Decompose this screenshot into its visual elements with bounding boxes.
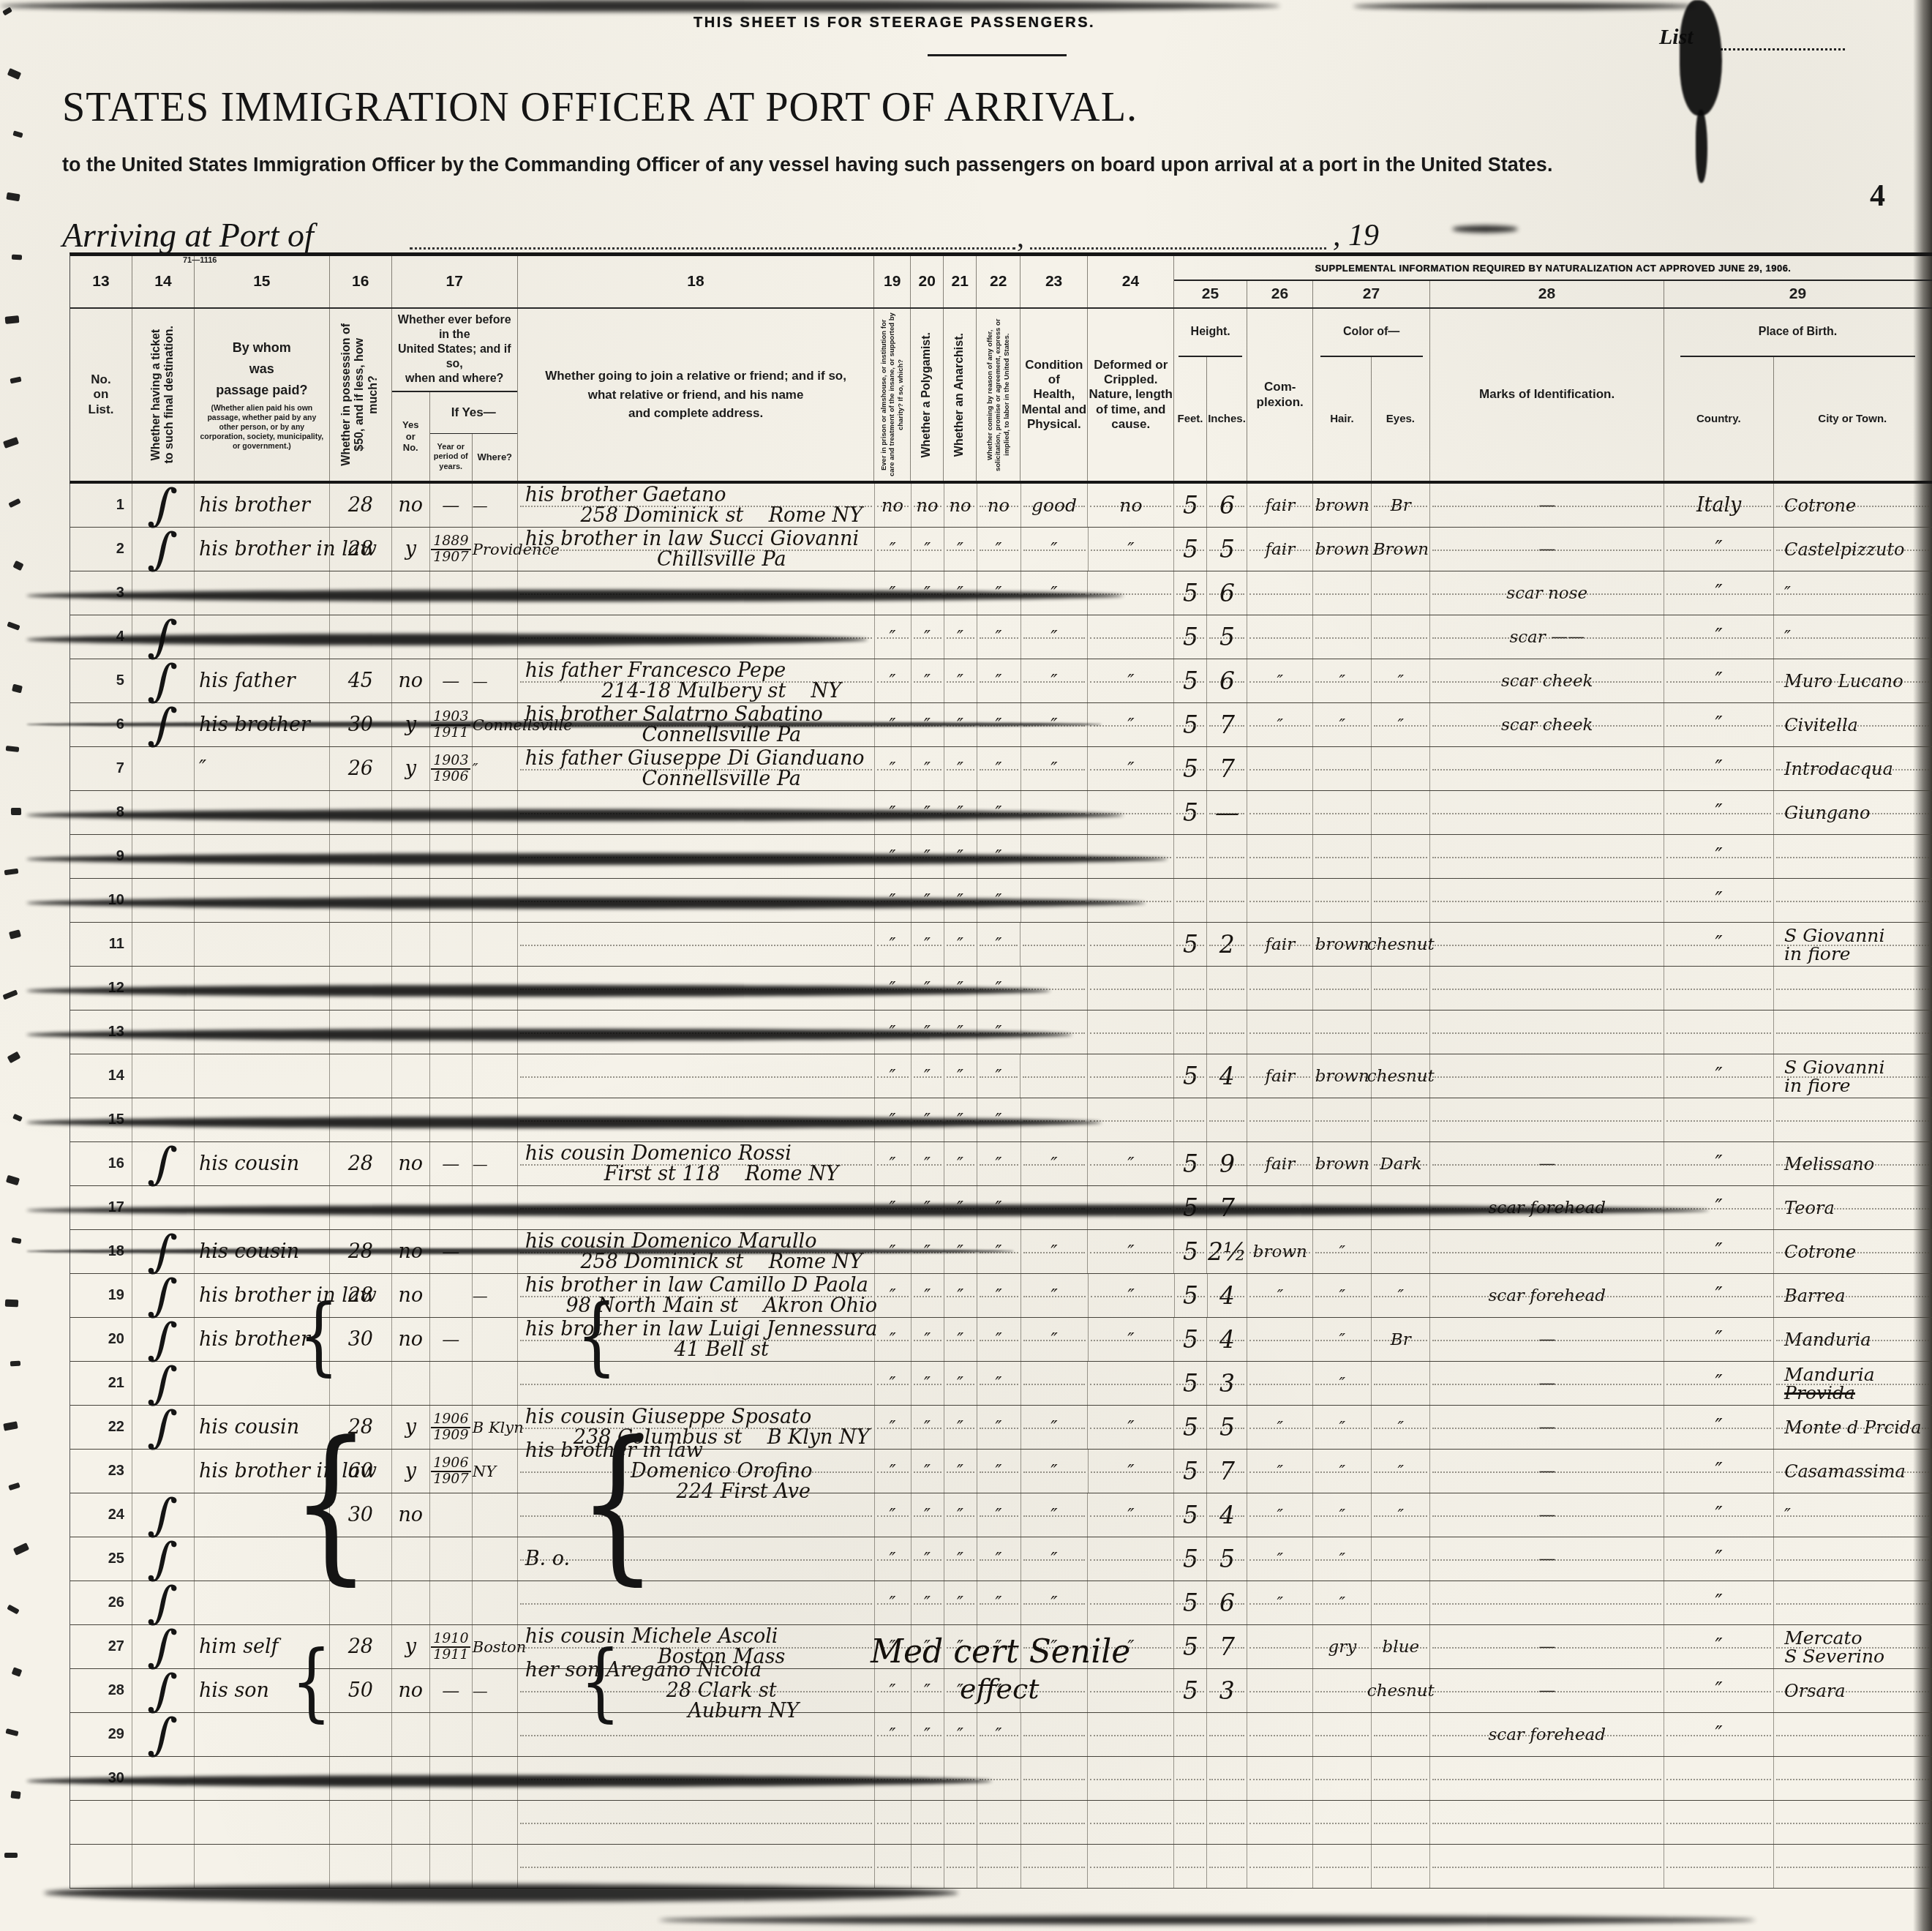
ink-strike xyxy=(26,1248,1014,1254)
cell-hr: gry xyxy=(1313,1625,1372,1668)
ink-strike xyxy=(26,634,868,645)
binding-mark xyxy=(12,684,23,694)
cell-co: ″ xyxy=(1664,1581,1774,1624)
label-prison: Ever in prison or almshouse, or institut… xyxy=(880,312,905,477)
cell-d0: ″ xyxy=(875,659,912,702)
manifest-row: 29∫″″″″scar forehead″ xyxy=(70,1713,1932,1757)
cell-ft: 5 xyxy=(1174,791,1207,834)
cell-cx: ″ xyxy=(1247,1406,1313,1449)
binding-mark xyxy=(3,1421,18,1431)
manifest-row: 3″″″″″56scar nose″″ xyxy=(70,571,1932,615)
cell-mk xyxy=(1430,1098,1664,1141)
binding-mark xyxy=(6,192,20,202)
manifest-row: 18∫his cousin28no—his cousin Domenico Ma… xyxy=(70,1230,1932,1274)
banner-rule xyxy=(928,54,1067,56)
binding-mark xyxy=(10,1361,20,1367)
cell-ey xyxy=(1372,1713,1430,1756)
manifest-row: 20∫his brother30no—his brother in law Lu… xyxy=(70,1318,1932,1362)
cell-d4 xyxy=(1020,1054,1088,1098)
label-passage-paid: By whom was passage paid? xyxy=(216,337,307,400)
date-blank-line xyxy=(1030,220,1326,250)
relative-address-line: his brother in law Luigi Jennessura xyxy=(518,1319,878,1340)
col-num-23: 23 xyxy=(1020,256,1088,307)
binding-mark xyxy=(5,1728,18,1736)
manifest-sheet: THIS SHEET IS FOR STEERAGE PASSENGERS. L… xyxy=(0,0,1932,1931)
manifest-row: 16∫his cousin28no——his cousin Domenico R… xyxy=(70,1142,1932,1186)
cell-co: ″ xyxy=(1664,1230,1774,1273)
cell-ci xyxy=(1774,835,1932,878)
cell-ya: no xyxy=(392,1142,430,1185)
cell-no: 22 xyxy=(70,1406,132,1449)
col-num-24: 24 xyxy=(1088,256,1174,307)
cell-ft: 5 xyxy=(1174,659,1207,702)
cell-ya: no xyxy=(392,1493,430,1537)
cell-no: 7 xyxy=(70,747,132,790)
cell-d3: ″ xyxy=(977,1054,1021,1098)
binding-mark xyxy=(8,498,20,508)
cell-yb xyxy=(430,1713,473,1756)
cell-ft: 5 xyxy=(1174,1362,1207,1405)
cell-d5 xyxy=(1088,1054,1174,1098)
cell-ey xyxy=(1372,1362,1430,1405)
label-anarchist: Whether an Anarchist. xyxy=(953,333,966,457)
cell-yb: — xyxy=(430,1142,473,1185)
cell-ci xyxy=(1774,967,1932,1010)
cell-d0: ″ xyxy=(875,1450,912,1493)
cell-ya: y xyxy=(392,1406,430,1449)
cell-d2: ″ xyxy=(944,747,977,790)
label-ticket: Whether having a ticket to such final de… xyxy=(150,326,177,463)
col-num-17: 17 xyxy=(392,256,518,307)
cell-in: 4 xyxy=(1207,1318,1247,1361)
relative-address-line: his cousin Michele Ascoli xyxy=(518,1627,778,1647)
cell-co xyxy=(1664,967,1774,1010)
cell-d2: ″ xyxy=(944,1406,977,1449)
cell-yb xyxy=(430,1362,473,1405)
cell-d2: ″ xyxy=(944,1581,977,1624)
cell-d5: ″ xyxy=(1088,703,1174,746)
cell-mk: — xyxy=(1430,1625,1664,1668)
cell-ey xyxy=(1372,1845,1430,1888)
col-num-16: 16 xyxy=(330,256,392,307)
cell-d2: ″ xyxy=(944,528,977,571)
pen-flourish: ∫ xyxy=(151,1689,176,1693)
cell-d5: ″ xyxy=(1088,1493,1174,1537)
cell-cx xyxy=(1247,1011,1313,1054)
manifest-row: 13″″″″ xyxy=(70,1011,1932,1054)
cell-in: 5 xyxy=(1207,615,1247,659)
cell-d5 xyxy=(1088,1362,1174,1405)
cell-no: 11 xyxy=(70,923,132,966)
cell-d0 xyxy=(875,1801,912,1844)
cell-c16: 28 xyxy=(330,1142,392,1185)
cell-ft: 5 xyxy=(1174,484,1207,527)
cell-d2: ″ xyxy=(944,1142,977,1185)
port-blank-line xyxy=(410,220,1015,250)
cell-mk: — xyxy=(1430,1450,1664,1493)
col-num-14: 14 xyxy=(132,256,195,307)
cell-ya xyxy=(392,1581,430,1624)
cell-ey xyxy=(1372,1230,1430,1273)
cell-d0: ″ xyxy=(875,528,912,571)
cell-mk xyxy=(1430,1581,1664,1624)
col-num-29: 29 xyxy=(1664,281,1932,307)
label-country: Country. xyxy=(1664,357,1774,481)
cell-yc: — xyxy=(473,1274,518,1317)
cell-no: 14 xyxy=(70,1054,132,1098)
cell-in xyxy=(1207,1845,1247,1888)
cell-ey: ″ xyxy=(1372,659,1430,702)
binding-mark xyxy=(12,560,23,571)
label-if-yes: If Yes— xyxy=(430,392,517,434)
binding-mark xyxy=(3,437,19,449)
cell-ci: Muro Lucano xyxy=(1774,659,1932,702)
label-feet: Feet. xyxy=(1174,357,1207,481)
if-yes-subrow: Year or period of years. Where? xyxy=(430,434,517,481)
cell-in xyxy=(1207,1801,1247,1844)
cell-yc xyxy=(473,1537,518,1581)
cell-yb xyxy=(430,923,473,966)
cell-hr xyxy=(1313,1011,1372,1054)
cell-hr xyxy=(1313,571,1372,615)
cell-ey: blue xyxy=(1372,1625,1430,1668)
cell-c14: ∫ xyxy=(132,528,195,571)
cell-ci: S Giovanniin fiore xyxy=(1774,923,1932,966)
label-passage-paid-fine: (Whether alien paid his own passage, whe… xyxy=(195,401,329,452)
cell-ci: MercatoS Severino xyxy=(1774,1625,1932,1668)
cell-cx xyxy=(1247,571,1313,615)
cell-in xyxy=(1207,835,1247,878)
cell-d3: ″ xyxy=(977,1142,1021,1185)
cell-d4: ″ xyxy=(1021,1581,1089,1624)
cell-d2 xyxy=(944,1801,977,1844)
header-health: Condition of Health, Mental and Physical… xyxy=(1020,309,1088,481)
cell-no xyxy=(70,1845,132,1888)
cell-d2: no xyxy=(944,484,977,527)
cell-cx: ″ xyxy=(1247,703,1313,746)
cell-hr xyxy=(1313,1801,1372,1844)
cell-ci xyxy=(1774,1757,1932,1800)
header-height: Height. Feet. Inches. xyxy=(1174,309,1247,481)
cell-rel xyxy=(518,1362,875,1405)
cell-d4: good xyxy=(1021,484,1089,527)
cell-co xyxy=(1664,1011,1774,1054)
manifest-row: 19∫his brother in law28no—his brother in… xyxy=(70,1274,1932,1318)
cell-d3: ″ xyxy=(977,1713,1021,1756)
cell-d1 xyxy=(912,1845,944,1888)
cell-d5: ″ xyxy=(1089,1318,1175,1361)
cell-yc: B Klyn xyxy=(473,1406,518,1449)
cell-cx xyxy=(1247,1713,1313,1756)
binding-mark xyxy=(12,255,22,260)
cell-hr xyxy=(1313,1098,1372,1141)
cell-mk xyxy=(1430,967,1664,1010)
cell-yb: — xyxy=(430,1669,473,1712)
cell-co: ″ xyxy=(1664,1625,1774,1668)
cell-d3: ″ xyxy=(977,923,1021,966)
cell-d1 xyxy=(912,1801,944,1844)
pen-flourish: ∫ xyxy=(151,1645,176,1649)
col-num-21: 21 xyxy=(944,256,977,307)
year-label: , 19 xyxy=(1333,218,1379,253)
cell-d0: ″ xyxy=(875,1493,912,1537)
cell-cx xyxy=(1247,1098,1313,1141)
cell-in: 5 xyxy=(1207,1406,1247,1449)
cell-ya: y xyxy=(392,528,430,571)
cell-d2: ″ xyxy=(944,1450,977,1493)
cell-d5: ″ xyxy=(1088,1406,1174,1449)
cell-d4 xyxy=(1020,923,1088,966)
ink-smear xyxy=(0,0,1280,12)
header-labor-contract: Whether coming by reason of any offer, s… xyxy=(977,309,1020,481)
cell-co: ″ xyxy=(1664,791,1774,834)
cell-no: 5 xyxy=(70,659,132,702)
binding-mark xyxy=(12,1667,23,1677)
manifest-row: 9″″″″″ xyxy=(70,835,1932,879)
cell-c16 xyxy=(330,1845,392,1888)
cell-d4 xyxy=(1021,1801,1089,1844)
ink-strike xyxy=(26,1029,1072,1041)
col-num-18: 18 xyxy=(518,256,875,307)
cell-ft xyxy=(1174,1801,1207,1844)
label-health: Condition of Health, Mental and Physical… xyxy=(1021,358,1086,432)
cell-rel xyxy=(518,1845,875,1888)
supplemental-banner: SUPPLEMENTAL INFORMATION REQUIRED BY NAT… xyxy=(1174,256,1932,281)
cell-yb: 19101911 xyxy=(430,1625,473,1668)
cell-mk: scar cheek xyxy=(1430,659,1664,702)
cell-mk: — xyxy=(1430,1493,1664,1537)
cell-co xyxy=(1664,1098,1774,1141)
cell-in xyxy=(1207,1011,1247,1054)
cell-ey xyxy=(1372,1801,1430,1844)
cell-cx: ″ xyxy=(1247,1493,1313,1537)
cell-d4: ″ xyxy=(1021,1537,1089,1581)
cell-ey xyxy=(1372,571,1430,615)
label-place-of-birth: Place of Birth. xyxy=(1680,309,1915,357)
cell-d0: ″ xyxy=(875,923,912,966)
cell-yc: — xyxy=(473,1669,518,1712)
cell-ft: 5 xyxy=(1174,747,1207,790)
binding-mark xyxy=(5,1300,18,1308)
cell-ci: Casamassima xyxy=(1774,1450,1932,1493)
cell-yc: — xyxy=(473,659,518,702)
cell-d5 xyxy=(1088,1581,1174,1624)
relative-address-line: his father Francesco Pepe xyxy=(518,661,786,681)
binding-mark xyxy=(4,869,19,876)
label-where: Where? xyxy=(473,434,517,481)
cell-ey xyxy=(1372,1098,1430,1141)
cell-d5: ″ xyxy=(1089,528,1175,571)
label-ever-in-us: Whether ever before in the United States… xyxy=(392,309,517,391)
relative-address-line: his brother Gaetano xyxy=(518,485,726,506)
cell-co: ″ xyxy=(1664,1186,1774,1229)
cell-ey xyxy=(1372,791,1430,834)
header-ever-in-us: Whether ever before in the United States… xyxy=(392,309,518,481)
cell-d5 xyxy=(1088,1713,1174,1756)
cell-no: 23 xyxy=(70,1450,132,1493)
manifest-row xyxy=(70,1845,1932,1889)
cell-ey xyxy=(1372,879,1430,922)
cell-cx xyxy=(1247,1845,1313,1888)
cell-d3: ″ xyxy=(977,1581,1021,1624)
cell-c14: ∫ xyxy=(132,484,195,527)
header-deformed: Deformed or Crippled. Nature, length of … xyxy=(1088,309,1174,481)
ink-blot xyxy=(1696,110,1707,183)
cell-d1: ″ xyxy=(912,659,944,702)
cell-ey: chesnut xyxy=(1372,1054,1430,1098)
header-anarchist: Whether an Anarchist. xyxy=(944,309,977,481)
cell-cx xyxy=(1247,615,1313,659)
steerage-banner: THIS SHEET IS FOR STEERAGE PASSENGERS. xyxy=(694,15,1095,31)
column-label-row: No. on List. Whether having a ticket to … xyxy=(70,309,1932,481)
cell-in: 2 xyxy=(1207,923,1247,966)
header-join-relative: Whether going to join a relative or frie… xyxy=(518,309,875,481)
cell-mk xyxy=(1430,1801,1664,1844)
cell-cx xyxy=(1247,967,1313,1010)
cell-mk: scar nose xyxy=(1430,571,1664,615)
header-no-on-list: No. on List. xyxy=(70,309,132,481)
label-inches: Inches. xyxy=(1207,357,1247,481)
cell-d4: ″ xyxy=(1021,659,1089,702)
ink-brace: { xyxy=(291,1643,331,1722)
cell-ci: Monte d Prcida xyxy=(1774,1406,1932,1449)
cell-d3 xyxy=(977,1845,1021,1888)
cell-ci: Teora xyxy=(1774,1186,1932,1229)
cell-ci xyxy=(1774,1581,1932,1624)
supplemental-number-row: 25 26 27 28 29 xyxy=(1174,281,1932,307)
cell-d4: ″ xyxy=(1021,1142,1089,1185)
cell-co: ″ xyxy=(1664,1054,1774,1098)
label-polygamist: Whether a Polygamist. xyxy=(920,332,933,458)
cell-d5: ″ xyxy=(1088,659,1174,702)
manifest-row: 2∫his brother in law28y18891907Providenc… xyxy=(70,528,1932,571)
cell-ey xyxy=(1372,967,1430,1010)
cell-co: Italy xyxy=(1664,484,1774,527)
cell-mk xyxy=(1430,835,1664,878)
cell-ft: 5 xyxy=(1174,1625,1207,1668)
cell-hr: ″ xyxy=(1313,1274,1372,1317)
cell-co: ″ xyxy=(1664,1142,1774,1185)
cell-co: ″ xyxy=(1664,1406,1774,1449)
cell-hr: brown xyxy=(1313,484,1372,527)
cell-ft: 5 xyxy=(1174,1669,1207,1712)
cell-mk: scar cheek xyxy=(1430,703,1664,746)
cell-ya xyxy=(392,1801,430,1844)
cell-c14: ∫ xyxy=(132,1362,195,1405)
header-complexion: Com- plexion. xyxy=(1247,309,1313,481)
header-ticket: Whether having a ticket to such final de… xyxy=(132,309,195,481)
cell-ey xyxy=(1372,615,1430,659)
cell-cx: fair xyxy=(1247,1142,1313,1185)
cell-c14: ∫ xyxy=(132,1537,195,1581)
cell-ft: 5 xyxy=(1174,923,1207,966)
cell-hr: brown xyxy=(1313,1142,1372,1185)
cell-d3 xyxy=(977,1801,1021,1844)
cell-in: 7 xyxy=(1207,1625,1247,1668)
cell-in xyxy=(1207,879,1247,922)
cell-rel: B. o. xyxy=(518,1537,875,1581)
cell-hr xyxy=(1313,835,1372,878)
list-blank-line xyxy=(1721,48,1845,50)
cell-ci xyxy=(1774,1845,1932,1888)
label-height: Height. xyxy=(1179,309,1242,357)
cell-ft: 5 xyxy=(1174,571,1207,615)
manifest-row: 10″″″″″ xyxy=(70,879,1932,923)
cell-d0: ″ xyxy=(875,615,912,659)
cell-ft xyxy=(1174,1011,1207,1054)
cell-d1: ″ xyxy=(912,1142,944,1185)
cell-in xyxy=(1207,967,1247,1010)
cell-yc: NY xyxy=(473,1450,518,1493)
cell-cx: fair xyxy=(1247,528,1313,571)
cell-yb xyxy=(430,1054,473,1098)
page-subtitle: to the United States Immigration Officer… xyxy=(62,154,1796,176)
cell-d1: ″ xyxy=(912,1669,944,1712)
cell-ya: no xyxy=(392,484,430,527)
pen-flourish: ∫ xyxy=(151,1601,176,1605)
ink-smear xyxy=(1353,3,1697,10)
cell-cx xyxy=(1247,747,1313,790)
cell-d0: ″ xyxy=(875,1537,912,1581)
cell-c16: 28 xyxy=(330,1274,392,1317)
cell-c15: ″ xyxy=(195,747,330,790)
cell-d2: ″ xyxy=(944,1537,977,1581)
cell-ci xyxy=(1774,879,1932,922)
cell-d5 xyxy=(1088,1757,1174,1800)
cell-d0: ″ xyxy=(875,1142,912,1185)
binding-mark xyxy=(10,377,21,384)
cell-ey: Brown xyxy=(1372,528,1430,571)
cell-ft xyxy=(1174,1098,1207,1141)
cell-c15 xyxy=(195,1845,330,1888)
cell-no: 29 xyxy=(70,1713,132,1756)
cell-yc xyxy=(473,1801,518,1844)
pen-flourish: ∫ xyxy=(151,1162,176,1166)
cell-ya: no xyxy=(392,1274,430,1317)
cell-d1: ″ xyxy=(912,1318,944,1361)
cell-d3: ″ xyxy=(977,659,1021,702)
cell-d1: ″ xyxy=(912,1274,944,1317)
manifest-row: 21∫″″″″53″—″ManduriaProvida xyxy=(70,1362,1932,1406)
cell-hr: ″ xyxy=(1313,659,1372,702)
col-num-15: 15 xyxy=(195,256,330,307)
cell-c16 xyxy=(330,1713,392,1756)
manifest-row xyxy=(70,1801,1932,1845)
ink-strike xyxy=(26,985,1050,997)
manifest-row: 1∫his brother28no——his brother Gaetano25… xyxy=(70,484,1932,528)
binding-mark xyxy=(7,1051,21,1064)
label-hair: Hair. xyxy=(1313,357,1372,481)
cell-ft: 5 xyxy=(1174,1406,1207,1449)
cell-co: ″ xyxy=(1664,1450,1774,1493)
manifest-row: 8″″″″5—″Giungano xyxy=(70,791,1932,835)
cell-ci xyxy=(1774,1713,1932,1756)
cell-hr: brown xyxy=(1313,923,1372,966)
ink-strike xyxy=(26,1775,992,1787)
cell-d1: ″ xyxy=(912,1581,944,1624)
binding-mark xyxy=(11,1237,21,1244)
cell-d2: ″ xyxy=(944,1274,977,1317)
table-header: 13 14 15 16 17 18 19 20 21 22 23 24 SUPP… xyxy=(69,252,1932,484)
cell-rel xyxy=(518,1581,875,1624)
cell-cx xyxy=(1247,1757,1313,1800)
cell-d5 xyxy=(1088,1801,1174,1844)
cell-mk xyxy=(1430,1011,1664,1054)
label-marks: Marks of Identification. xyxy=(1479,387,1615,402)
manifest-row: 17″″″″57scar forehead″Teora xyxy=(70,1186,1932,1230)
cell-mk xyxy=(1430,879,1664,922)
cell-no: 16 xyxy=(70,1142,132,1185)
